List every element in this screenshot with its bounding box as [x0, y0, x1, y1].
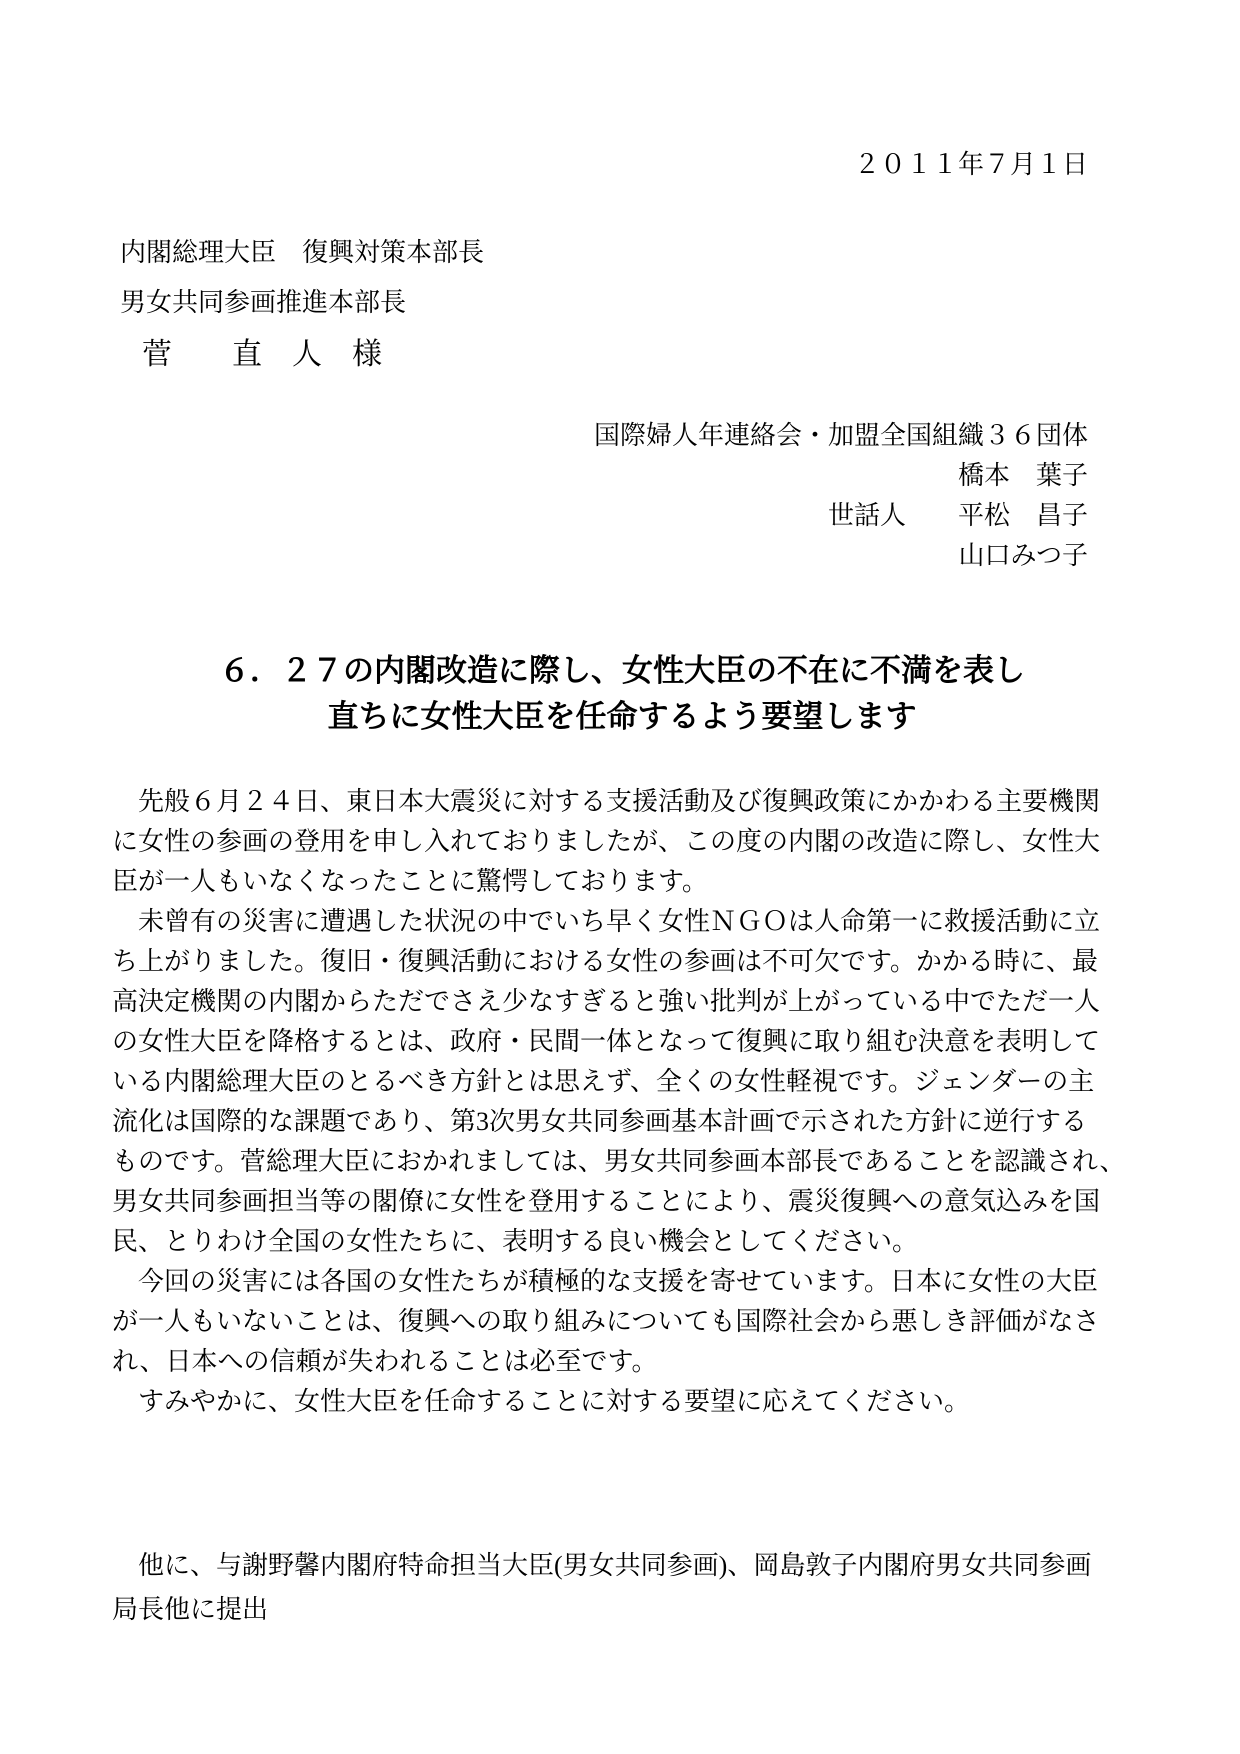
- sender-block: 国際婦人年連絡会・加盟全国組織３６団体 橋本 葉子 世話人 平松 昌子 山口みつ…: [112, 416, 1132, 576]
- letter-body: 先般６月２４日、東日本大震災に対する支援活動及び復興政策にかかわる主要機関 に女…: [112, 782, 1132, 1422]
- sender-member-3: 山口みつ子: [112, 536, 1088, 576]
- document-title: ６．２７の内閣改造に際し、女性大臣の不在に不満を表し 直ちに女性大臣を任命するよ…: [112, 648, 1132, 740]
- addressee-block: 内閣総理大臣 復興対策本部長 男女共同参画推進本部長 菅 直 人 様: [112, 228, 1132, 382]
- document-date: ２０１１年７月１日: [112, 146, 1132, 184]
- addressee-title-line-2: 男女共同参画推進本部長: [120, 278, 1132, 328]
- body-paragraph-4: すみやかに、女性大臣を任命することに対する要望に応えてください。: [112, 1382, 1132, 1422]
- letter-page: ２０１１年７月１日 内閣総理大臣 復興対策本部長 男女共同参画推進本部長 菅 直…: [0, 0, 1240, 1754]
- sender-member-1: 橋本 葉子: [112, 456, 1088, 496]
- body-paragraph-1: 先般６月２４日、東日本大震災に対する支援活動及び復興政策にかかわる主要機関 に女…: [112, 782, 1132, 902]
- sender-organization: 国際婦人年連絡会・加盟全国組織３６団体: [112, 416, 1088, 456]
- recipient-name: 菅 直 人 様: [142, 328, 1132, 382]
- sender-member-2: 世話人 平松 昌子: [112, 496, 1088, 536]
- body-paragraph-2: 未曾有の災害に遭遇した状況の中でいち早く女性ＮＧＯは人命第一に救援活動に立 ち上…: [112, 902, 1132, 1262]
- body-paragraph-3: 今回の災害には各国の女性たちが積極的な支援を寄せています。日本に女性の大臣 が一…: [112, 1262, 1132, 1382]
- addressee-title-line-1: 内閣総理大臣 復興対策本部長: [120, 228, 1132, 278]
- postscript-note: 他に、与謝野馨内閣府特命担当大臣(男女共同参画)、岡島敦子内閣府男女共同参画 局…: [112, 1544, 1132, 1632]
